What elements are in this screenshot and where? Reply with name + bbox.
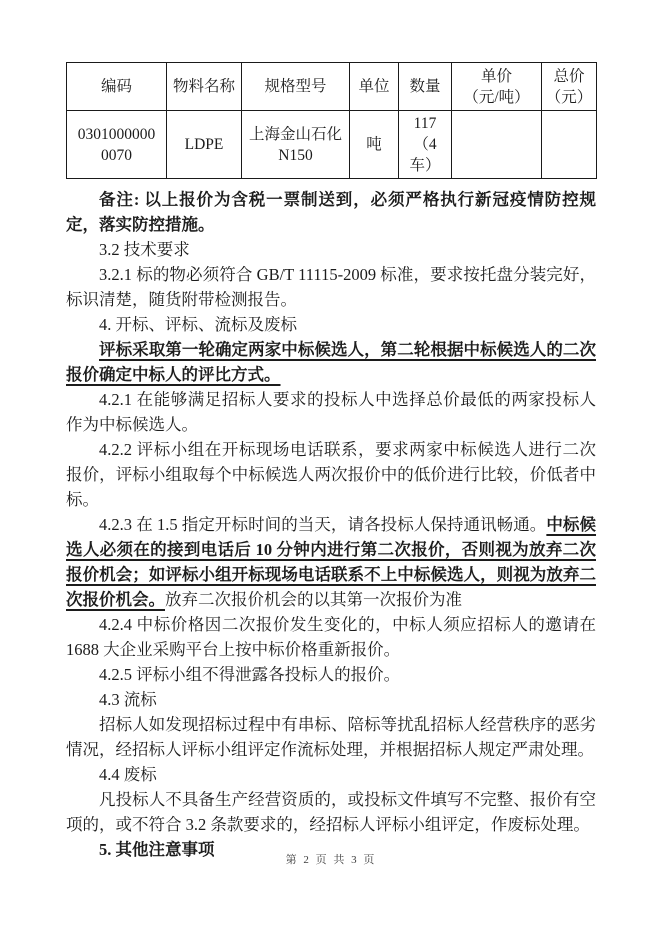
heading-3-2-tech-requirements: 3.2 技术要求 [66, 237, 596, 262]
clause-4-2-3-tail: 放弃二次报价机会的以其第一次报价为准 [165, 590, 462, 609]
table-row: 0301000000 0070 LDPE 上海金山石化 N150 吨 117 （… [67, 111, 597, 179]
evaluation-method-text: 评标采取第一轮确定两家中标候选人，第二轮根据中标候选人的二次报价确定中标人的评比… [66, 340, 596, 384]
heading-4-4-waste-bid: 4.4 废标 [66, 762, 596, 787]
clause-4-2-3-lead: 4.2.3 在 1.5 指定开标时间的当天，请各投标人保持通讯畅通。 [99, 515, 546, 534]
cell-unit: 吨 [350, 111, 399, 179]
paragraph-4-2-2: 4.2.2 评标小组在开标现场电话联系，要求两家中标候选人进行二次报价，评标小组… [66, 437, 596, 512]
heading-4-3-flow-bid: 4.3 流标 [66, 687, 596, 712]
cell-quantity: 117 （4 车） [399, 111, 452, 179]
page-footer: 第 2 页 共 3 页 [0, 851, 662, 867]
cell-total-price [542, 111, 597, 179]
document-body: 备注: 以上报价为含税一票制送到，必须严格执行新冠疫情防控规定，落实防控措施。 … [66, 187, 596, 862]
col-header-material-name: 物料名称 [167, 63, 242, 111]
paragraph-4-2-1: 4.2.1 在能够满足招标人要求的投标人中选择总价最低的两家投标人作为中标候选人… [66, 387, 596, 437]
col-header-total-price: 总价 （元） [542, 63, 597, 111]
cell-unit-price [452, 111, 542, 179]
paragraph-waste-bid: 凡投标人不具备生产经营资质的，或投标文件填写不完整、报价有空项的，或不符合 3.… [66, 787, 596, 837]
col-header-quantity: 数量 [399, 63, 452, 111]
table-header-row: 编码 物料名称 规格型号 单位 数量 单价 （元/吨） 总价 （元） [67, 63, 597, 111]
price-table: 编码 物料名称 规格型号 单位 数量 单价 （元/吨） 总价 （元） 03010… [66, 62, 597, 179]
paragraph-4-2-5: 4.2.5 评标小组不得泄露各投标人的报价。 [66, 662, 596, 687]
paragraph-4-2-4: 4.2.4 中标价格因二次报价发生变化的，中标人须应招标人的邀请在 1688 大… [66, 612, 596, 662]
cell-code: 0301000000 0070 [67, 111, 167, 179]
paragraph-3-2-1: 3.2.1 标的物必须符合 GB/T 11115-2009 标准，要求按托盘分装… [66, 262, 596, 312]
paragraph-4-2-3: 4.2.3 在 1.5 指定开标时间的当天，请各投标人保持通讯畅通。中标候选人必… [66, 512, 596, 612]
document-page: 编码 物料名称 规格型号 单位 数量 单价 （元/吨） 总价 （元） 03010… [0, 0, 662, 936]
col-header-unit: 单位 [350, 63, 399, 111]
paragraph-evaluation-method: 评标采取第一轮确定两家中标候选人，第二轮根据中标候选人的二次报价确定中标人的评比… [66, 337, 596, 387]
remark-text: 备注: 以上报价为含税一票制送到，必须严格执行新冠疫情防控规定，落实防控措施。 [66, 190, 596, 234]
heading-4-bid-opening: 4. 开标、评标、流标及废标 [66, 312, 596, 337]
paragraph-flow-bid: 招标人如发现招标过程中有串标、陪标等扰乱招标人经营秩序的恶劣情况，经招标人评标小… [66, 712, 596, 762]
cell-material-name: LDPE [167, 111, 242, 179]
col-header-spec-model: 规格型号 [242, 63, 350, 111]
paragraph-remark: 备注: 以上报价为含税一票制送到，必须严格执行新冠疫情防控规定，落实防控措施。 [66, 187, 596, 237]
col-header-code: 编码 [67, 63, 167, 111]
col-header-unit-price: 单价 （元/吨） [452, 63, 542, 111]
cell-spec-model: 上海金山石化 N150 [242, 111, 350, 179]
